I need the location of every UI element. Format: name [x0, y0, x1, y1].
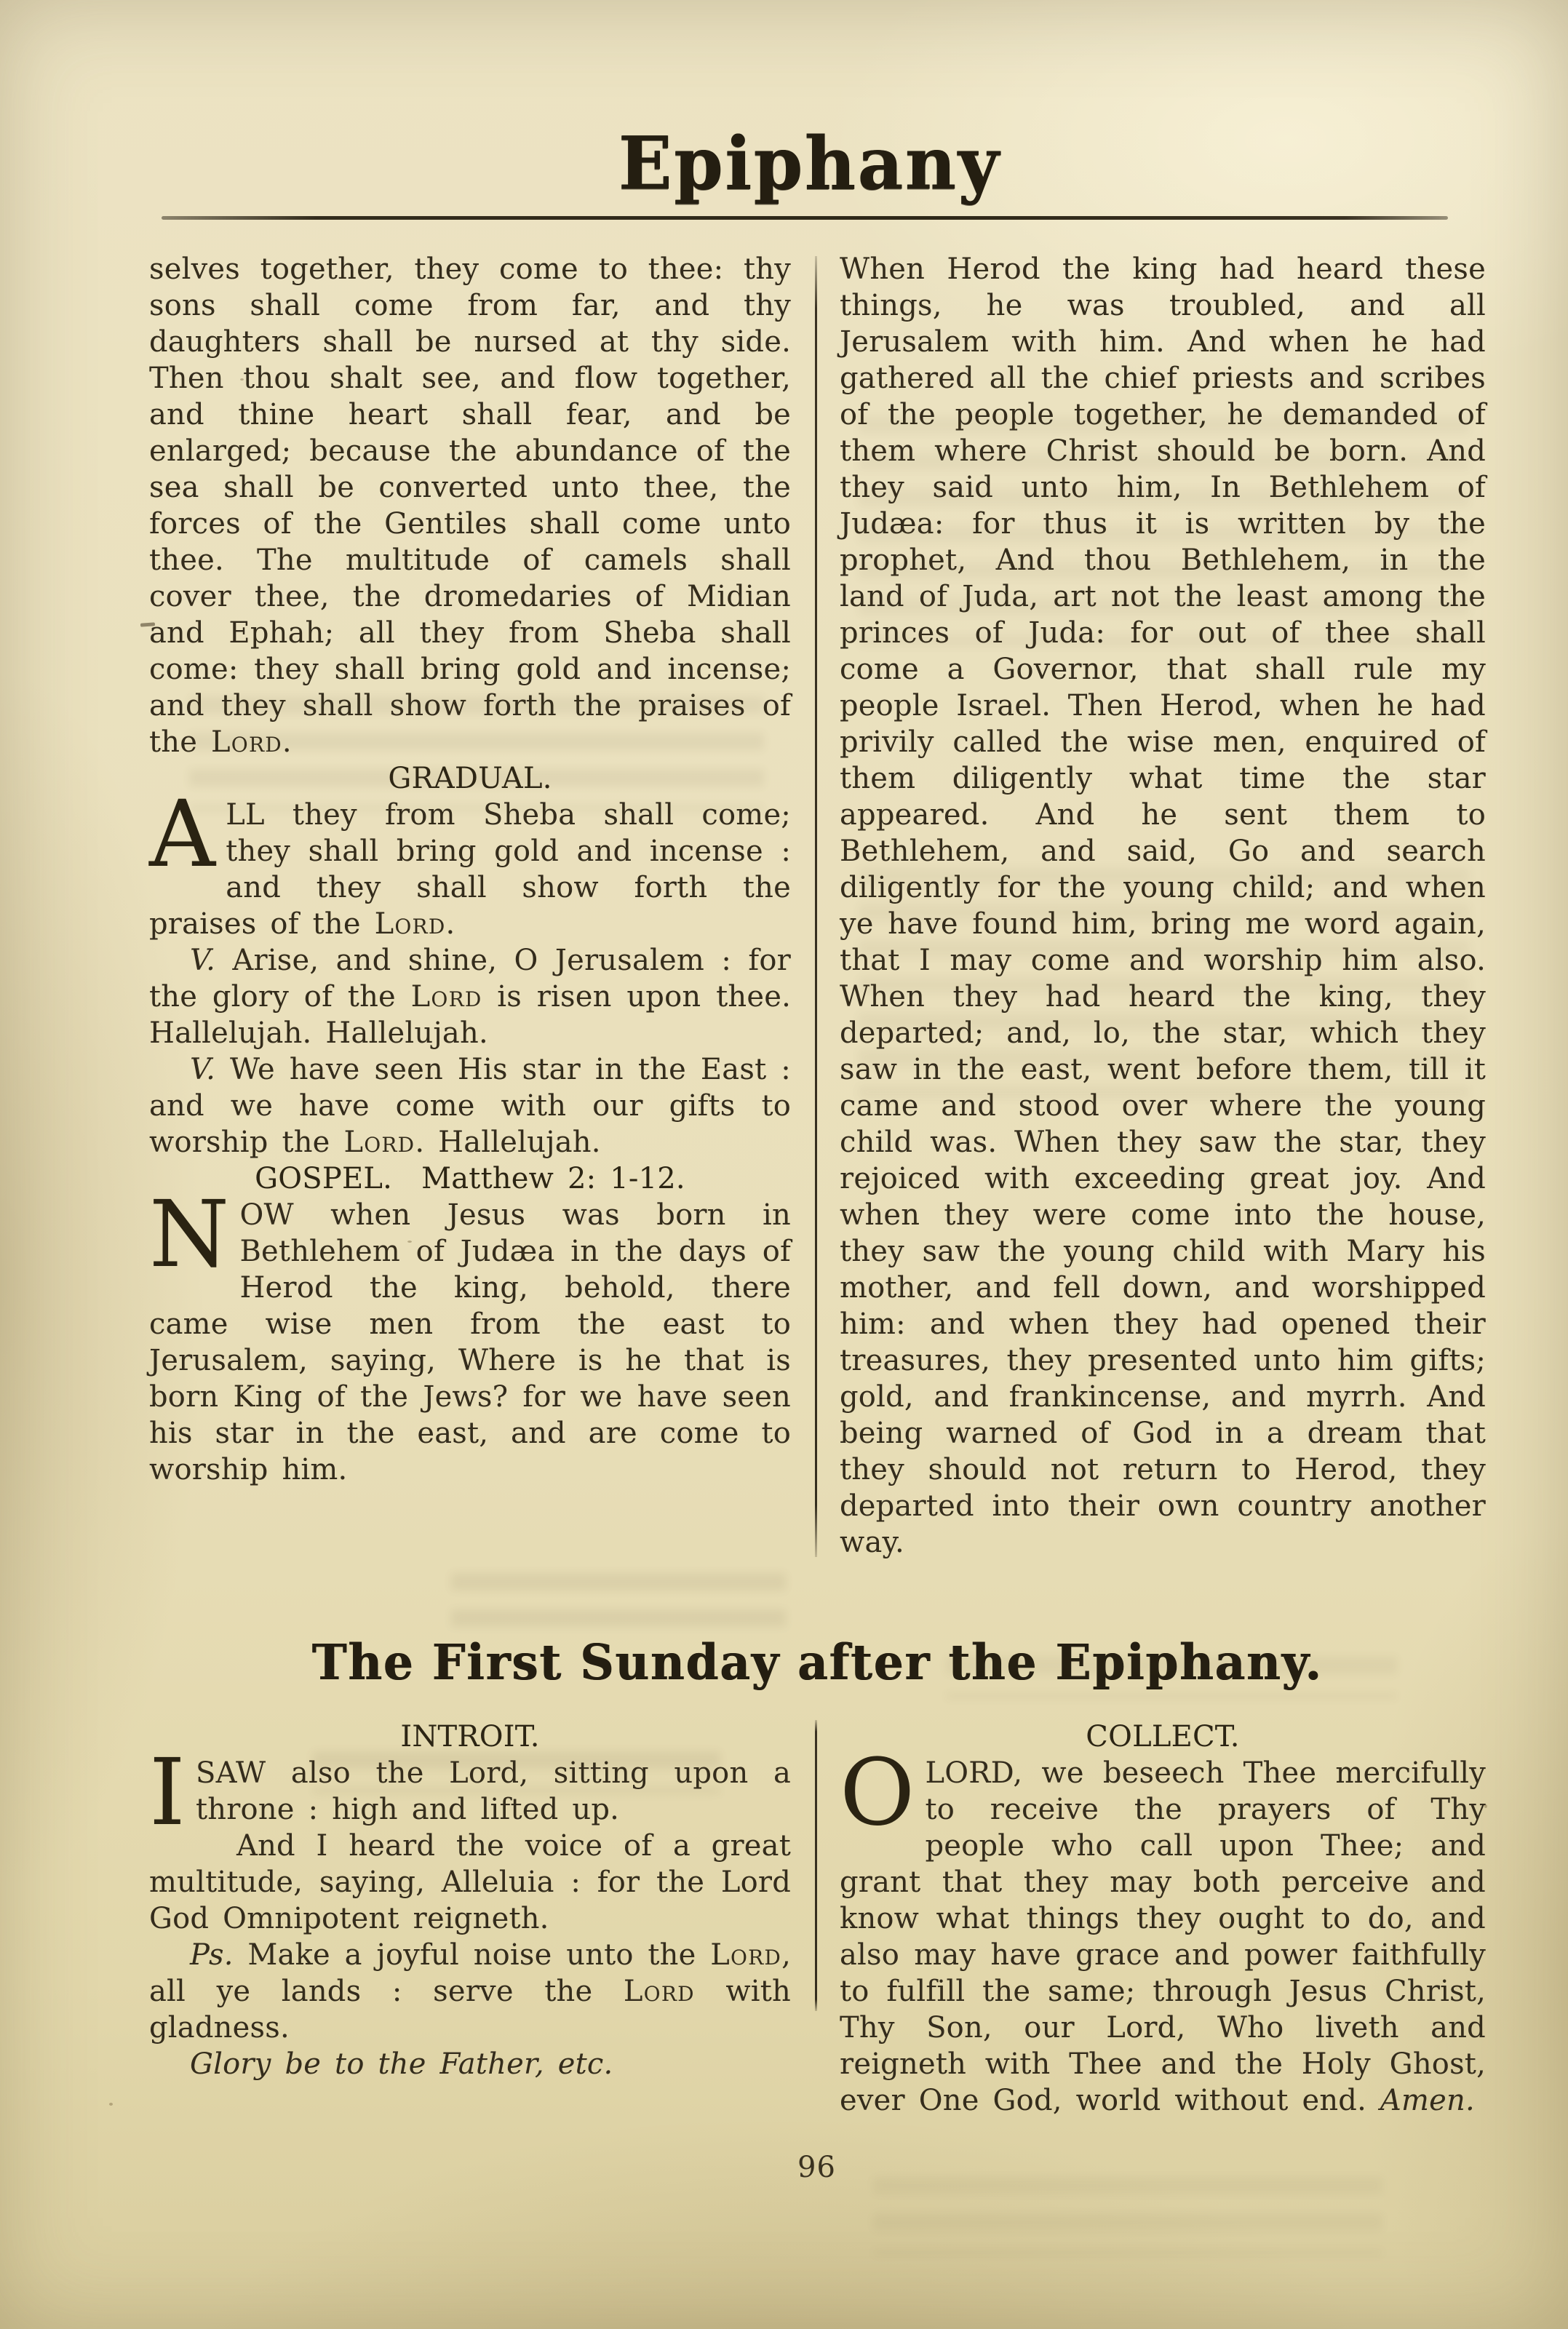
header-rule: [162, 216, 1448, 220]
text-segment: Amen.: [1380, 2084, 1475, 2117]
text-segment: OW when Jesus was born in Bethlehem of J…: [149, 1198, 791, 1486]
column-divider-lower: [815, 1720, 817, 2011]
column-divider-upper: [815, 256, 817, 1557]
paper-speck: [1368, 640, 1371, 643]
text-segment: V.: [190, 1053, 215, 1086]
collect-paragraph: OLORD, we beseech Thee mercifully to rec…: [840, 1755, 1486, 2119]
gospel-paragraph: NOW when Jesus was born in Bethlehem of …: [149, 1197, 791, 1488]
text-segment: . Hallelujah.: [415, 1126, 600, 1159]
collect-column: COLLECT. OLORD, we beseech Thee merciful…: [840, 1719, 1486, 2119]
bleed-through-ghost: [859, 407, 1470, 648]
continuation-paragraph: selves together, they come to thee: thy …: [149, 251, 791, 760]
bleed-through-ghost: [946, 1648, 1397, 1699]
bleed-through-ghost: [189, 688, 764, 811]
gradual-versicle-1: V. Arise, and shine, O Jerusalem : for t…: [149, 942, 791, 1051]
text-segment: Ps.: [190, 1938, 234, 1972]
text-segment: GOSPEL.: [255, 1162, 392, 1195]
introit-psalm-verse: Ps. Make a joyful noise unto the Lord, a…: [149, 1937, 791, 2046]
introit-paragraph-2: And I heard the voice of a great multitu…: [149, 1828, 791, 1937]
book-page-scan: Epiphany selves together, they come to t…: [0, 0, 1568, 2329]
epiphany-left-column: selves together, they come to thee: thy …: [149, 251, 791, 1488]
bleed-through-ghost: [313, 1743, 720, 1793]
text-segment: Matthew 2: 1-12.: [421, 1162, 685, 1195]
text-segment: V.: [190, 944, 215, 977]
paper-speck: [407, 1241, 412, 1243]
gradual-versicle-2: V. We have seen His star in the East : a…: [149, 1051, 791, 1160]
text-segment: LORD, we beseech Thee mercifully to rece…: [840, 1756, 1486, 2117]
text-segment: LL they from Sheba shall come; they shal…: [149, 798, 791, 941]
gradual-paragraph: ALL they from Sheba shall come; they sha…: [149, 797, 791, 942]
paper-speck: [240, 378, 244, 381]
text-segment: O: [840, 1755, 926, 1829]
bleed-through-ghost: [451, 1564, 786, 1644]
text-segment: Lord: [710, 1938, 781, 1972]
page-header-title: Epiphany: [0, 121, 1568, 207]
text-segment: Glory be to the Father, etc.: [190, 2047, 613, 2081]
paper-speck: [109, 2103, 113, 2106]
introit-gloria-rubric: Glory be to the Father, etc.: [149, 2046, 791, 2082]
text-segment: .: [446, 907, 455, 941]
bleed-through-ghost: [859, 859, 1470, 1099]
text-segment: I: [149, 1755, 196, 1829]
gospel-heading: GOSPEL.Matthew 2: 1-12.: [149, 1160, 791, 1197]
paper-speck: [1484, 1804, 1487, 1808]
text-segment: Lord: [375, 907, 446, 941]
text-segment: Lord: [343, 1126, 415, 1159]
collect-heading: COLLECT.: [840, 1719, 1486, 1755]
bleed-through-ghost: [873, 2168, 1382, 2256]
text-segment: And I heard the voice of a great multitu…: [149, 1829, 791, 1935]
text-segment: Make a joyful noise unto the: [234, 1938, 711, 1972]
text-segment: selves together, they come to thee: thy …: [149, 252, 791, 759]
text-segment: Lord: [624, 1975, 695, 2008]
text-segment: Lord: [411, 980, 482, 1014]
text-segment: N: [149, 1197, 239, 1271]
